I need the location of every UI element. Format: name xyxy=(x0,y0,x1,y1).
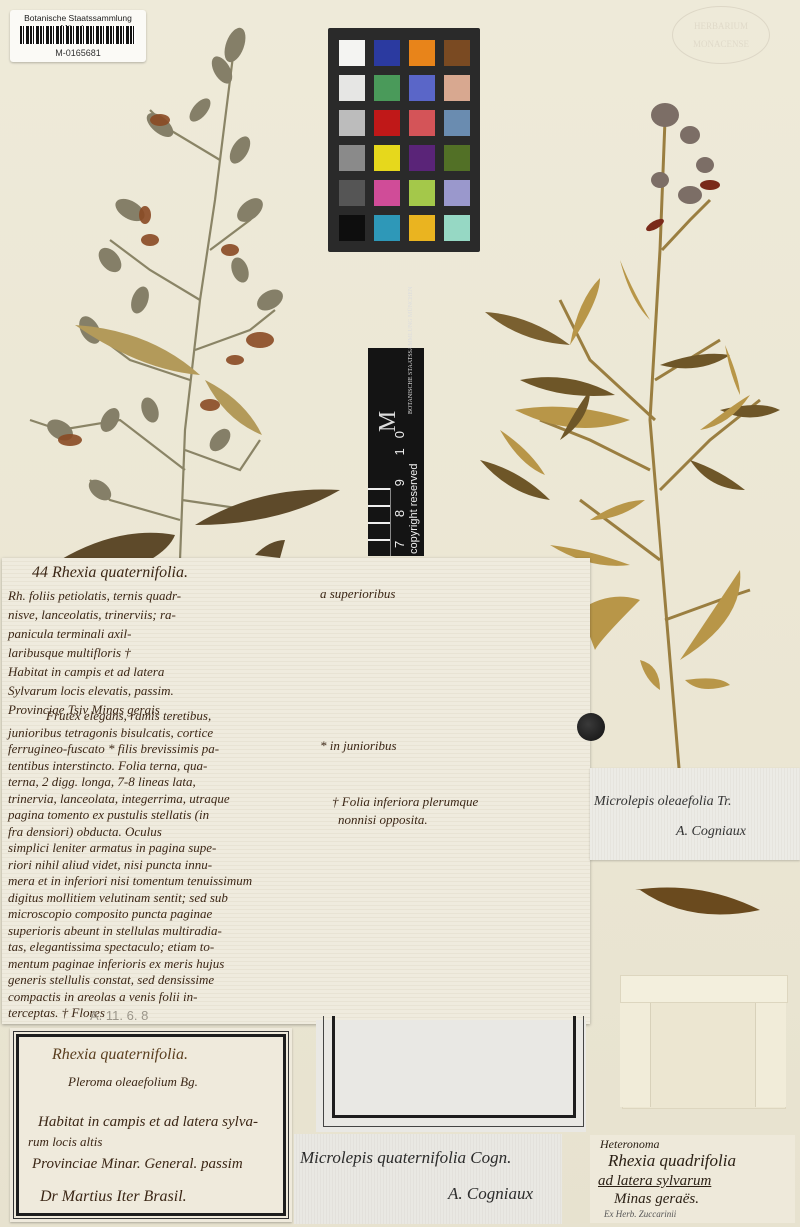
color-swatch xyxy=(444,145,470,171)
het-line4: Minas geraës. xyxy=(614,1191,699,1208)
main-label-line: riori nihil aliud videt, nisi puncta inn… xyxy=(8,857,212,873)
het-line2: Rhexia quadrifolia xyxy=(608,1151,736,1171)
color-swatch xyxy=(339,180,365,206)
det2-name: Microlepis quaternifolia Cogn. xyxy=(300,1148,511,1168)
main-label-line: Sylvarum locis elevatis, passim. xyxy=(8,683,174,699)
main-label-line: nisve, lanceolatis, trinerviis; ra- xyxy=(8,607,176,623)
main-handwritten-label: 44 Rhexia quaternifolia.Rh. foliis petio… xyxy=(2,558,590,1024)
barcode xyxy=(20,26,136,44)
main-label-line: superioris abeunt in stellulas multiradi… xyxy=(8,923,222,939)
det2-determiner: A. Cogniaux xyxy=(448,1184,533,1204)
main-label-line: microscopio composito puncta paginae xyxy=(8,906,212,922)
herbarium-sheet: HERBARIUM MONACENSE xyxy=(0,0,800,1227)
color-swatch xyxy=(444,75,470,101)
heteronoma-label: Heteronoma Rhexia quadrifolia ad latera … xyxy=(590,1135,795,1223)
main-label-line: 44 Rhexia quaternifolia. xyxy=(32,564,188,582)
color-swatch xyxy=(339,75,365,101)
color-swatch xyxy=(374,110,400,136)
main-label-note: a superioribus xyxy=(320,586,395,602)
het-line3: ad latera sylvarum xyxy=(598,1173,711,1190)
institution-logo: M xyxy=(375,411,402,432)
color-swatch xyxy=(339,215,365,241)
color-swatch xyxy=(409,40,435,66)
main-label-line: Habitat in campis et ad latera xyxy=(8,664,164,680)
color-swatch xyxy=(374,145,400,171)
barcode-label: Botanische Staatssammlung München M-0165… xyxy=(10,10,146,62)
main-label-line: simplici leniter armatus in pagina supe- xyxy=(8,840,216,856)
main-label-line: mera et in inferiori nisi tomentum tenui… xyxy=(8,873,252,889)
color-swatch xyxy=(409,110,435,136)
color-swatch xyxy=(409,75,435,101)
scale-numbers: 7 8 9 10 xyxy=(392,421,407,548)
main-label-line: Rh. foliis petiolatis, ternis quadr- xyxy=(8,588,181,604)
main-label-line: tentibus interstincto. Folia terna, qua- xyxy=(8,758,207,774)
orig-province: Provinciae Minar. General. passim xyxy=(32,1156,243,1173)
det1-name: Microlepis oleaefolia Tr. xyxy=(594,794,732,810)
copyright-text: copyright reserved xyxy=(408,464,420,555)
determination-label-cogniaux-1: Microlepis oleaefolia Tr. A. Cogniaux xyxy=(590,768,800,860)
main-label-line: junioribus tetragonis bisulcatis, cortic… xyxy=(8,725,213,741)
ruler-ticks xyxy=(368,488,391,556)
mounting-pin xyxy=(577,713,605,741)
main-label-line: ferrugineo-fuscato * filis brevissimis p… xyxy=(8,741,219,757)
main-label-line: terna, 2 digg. longa, 7-8 lineas lata, xyxy=(8,774,196,790)
main-label-line: digitus mollitiem velutinam sentit; sed … xyxy=(8,890,228,906)
packet-flap-top[interactable] xyxy=(620,975,788,1003)
scale-bar: copyright reserved 7 8 9 10 M BOTANISCHE… xyxy=(368,348,424,556)
main-label-line: mentum paginae inferioris ex meris hujus xyxy=(8,956,224,972)
scale-institution: BOTANISCHE STAATSSAMMLUNG MÜNCHEN xyxy=(408,287,415,414)
main-label-line: panicula terminali axil- xyxy=(8,626,131,642)
loose-leaf xyxy=(635,888,760,915)
color-swatch xyxy=(409,215,435,241)
orig-habitat-2: rum locis altis xyxy=(28,1134,102,1150)
het-line1: Heteronoma xyxy=(600,1137,660,1152)
main-label-note: nonnisi opposita. xyxy=(338,812,428,828)
color-swatch xyxy=(374,40,400,66)
color-swatch xyxy=(374,215,400,241)
color-swatch xyxy=(409,180,435,206)
orig-synonym: Pleroma oleaefolium Bg. xyxy=(68,1074,198,1090)
color-swatch xyxy=(374,180,400,206)
det1-determiner: A. Cogniaux xyxy=(676,824,746,840)
packet-flap-right xyxy=(755,1001,786,1107)
main-label-note: * in junioribus xyxy=(320,738,397,754)
color-swatch xyxy=(444,40,470,66)
color-swatch xyxy=(339,110,365,136)
original-martius-label: Rhexia quaternifolia. Pleroma oleaefoliu… xyxy=(10,1028,292,1222)
main-label-line: compactis in areolas a venis folii in- xyxy=(8,989,197,1005)
specimen-id: M-0165681 xyxy=(10,48,146,58)
blank-printed-label xyxy=(316,1020,586,1132)
color-swatch xyxy=(444,215,470,241)
main-label-line: pagina tomento ex pustulis stellatis (in xyxy=(8,807,209,823)
main-label-line: generis stellulis constat, sed densissim… xyxy=(8,972,214,988)
color-swatch xyxy=(444,110,470,136)
color-swatch xyxy=(374,75,400,101)
main-label-line: laribusque multifloris † xyxy=(8,645,131,661)
main-label-line: fra densiori) obducta. Oculus xyxy=(8,824,162,840)
main-label-note: † Folia inferiora plerumque xyxy=(332,794,478,810)
main-label-line: tas, elegantissima spectaculo; etiam to- xyxy=(8,939,214,955)
color-swatch xyxy=(339,40,365,66)
color-swatch xyxy=(444,180,470,206)
determination-label-cogniaux-2: Microlepis quaternifolia Cogn. A. Cognia… xyxy=(294,1134,562,1224)
fragment-packet[interactable] xyxy=(620,975,786,1107)
main-label-line: trinervia, lanceolata, integerrima, utra… xyxy=(8,791,230,807)
blank-label-inner-frame xyxy=(332,1016,576,1118)
color-swatch xyxy=(409,145,435,171)
orig-collector: Dr Martius Iter Brasil. xyxy=(40,1188,187,1206)
pencil-note: A. 11. 6. 8 xyxy=(90,1008,148,1023)
het-line5: Ex Herb. Zuccarinii xyxy=(604,1209,676,1219)
color-calibration-chart xyxy=(328,28,480,252)
color-swatch xyxy=(339,145,365,171)
main-label-line: Frutex elegans, ramis teretibus, xyxy=(46,708,211,724)
orig-title: Rhexia quaternifolia. xyxy=(52,1046,188,1064)
packet-flap-left xyxy=(620,1001,651,1107)
orig-habitat-1: Habitat in campis et ad latera sylva- xyxy=(38,1114,258,1131)
